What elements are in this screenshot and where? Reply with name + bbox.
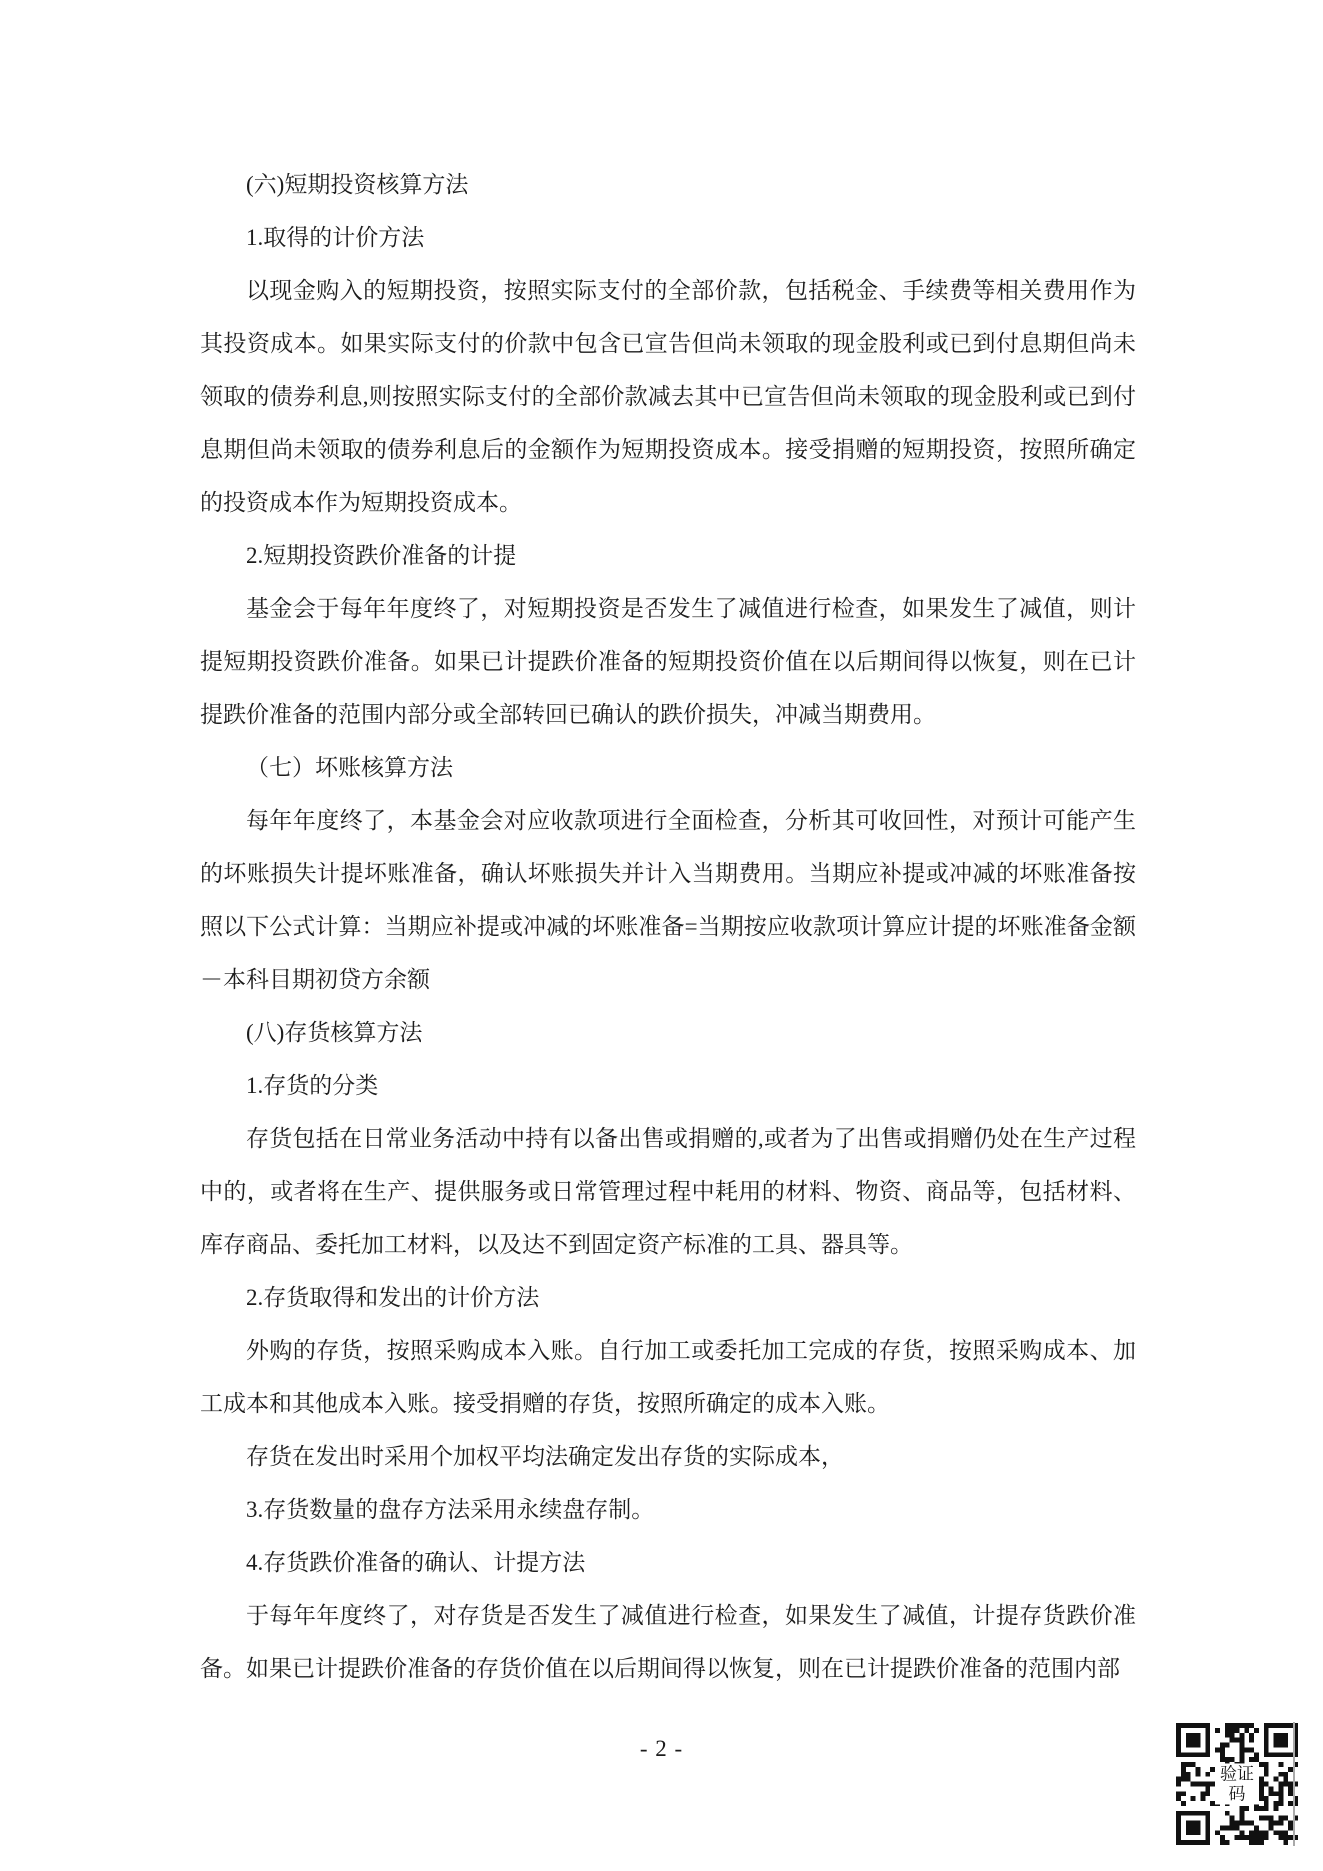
paragraph: 每年年度终了，本基金会对应收款项进行全面检查，分析其可收回性，对预计可能产生的坏… (200, 794, 1136, 1006)
paragraph: 存货包括在日常业务活动中持有以备出售或捐赠的,或者为了出售或捐赠仍处在生产过程中… (200, 1112, 1136, 1271)
paragraph: 存货在发出时采用个加权平均法确定发出存货的实际成本， (200, 1430, 1136, 1483)
sub-heading: 4.存货跌价准备的确认、计提方法 (200, 1536, 1136, 1589)
sub-heading: 2.存货取得和发出的计价方法 (200, 1271, 1136, 1324)
paragraph: 外购的存货，按照采购成本入账。自行加工或委托加工完成的存货，按照采购成本、加工成… (200, 1324, 1136, 1430)
scan-edge-artifact-line (1293, 1722, 1295, 1846)
document-body: (六)短期投资核算方法1.取得的计价方法以现金购入的短期投资，按照实际支付的全部… (200, 158, 1136, 1695)
paragraph: 于每年年度终了，对存货是否发生了减值进行检查，如果发生了减值，计提存货跌价准备。… (200, 1589, 1136, 1695)
sub-heading: 3.存货数量的盘存方法采用永续盘存制。 (200, 1483, 1136, 1536)
section-heading: (六)短期投资核算方法 (200, 158, 1136, 211)
page-number: - 2 - (0, 1736, 1323, 1762)
qr-code-label: 验证码 (1215, 1763, 1259, 1804)
document-page: (六)短期投资核算方法1.取得的计价方法以现金购入的短期投资，按照实际支付的全部… (0, 0, 1323, 1871)
section-heading: (八)存货核算方法 (200, 1006, 1136, 1059)
sub-heading: 2.短期投资跌价准备的计提 (200, 529, 1136, 582)
sub-heading: 1.取得的计价方法 (200, 211, 1136, 264)
qr-code: 验证码 (1176, 1722, 1298, 1846)
sub-heading: 1.存货的分类 (200, 1059, 1136, 1112)
paragraph: 基金会于每年年度终了，对短期投资是否发生了减值进行检查，如果发生了减值，则计提短… (200, 582, 1136, 741)
section-heading: （七）坏账核算方法 (200, 741, 1136, 794)
paragraph: 以现金购入的短期投资，按照实际支付的全部价款，包括税金、手续费等相关费用作为其投… (200, 264, 1136, 529)
